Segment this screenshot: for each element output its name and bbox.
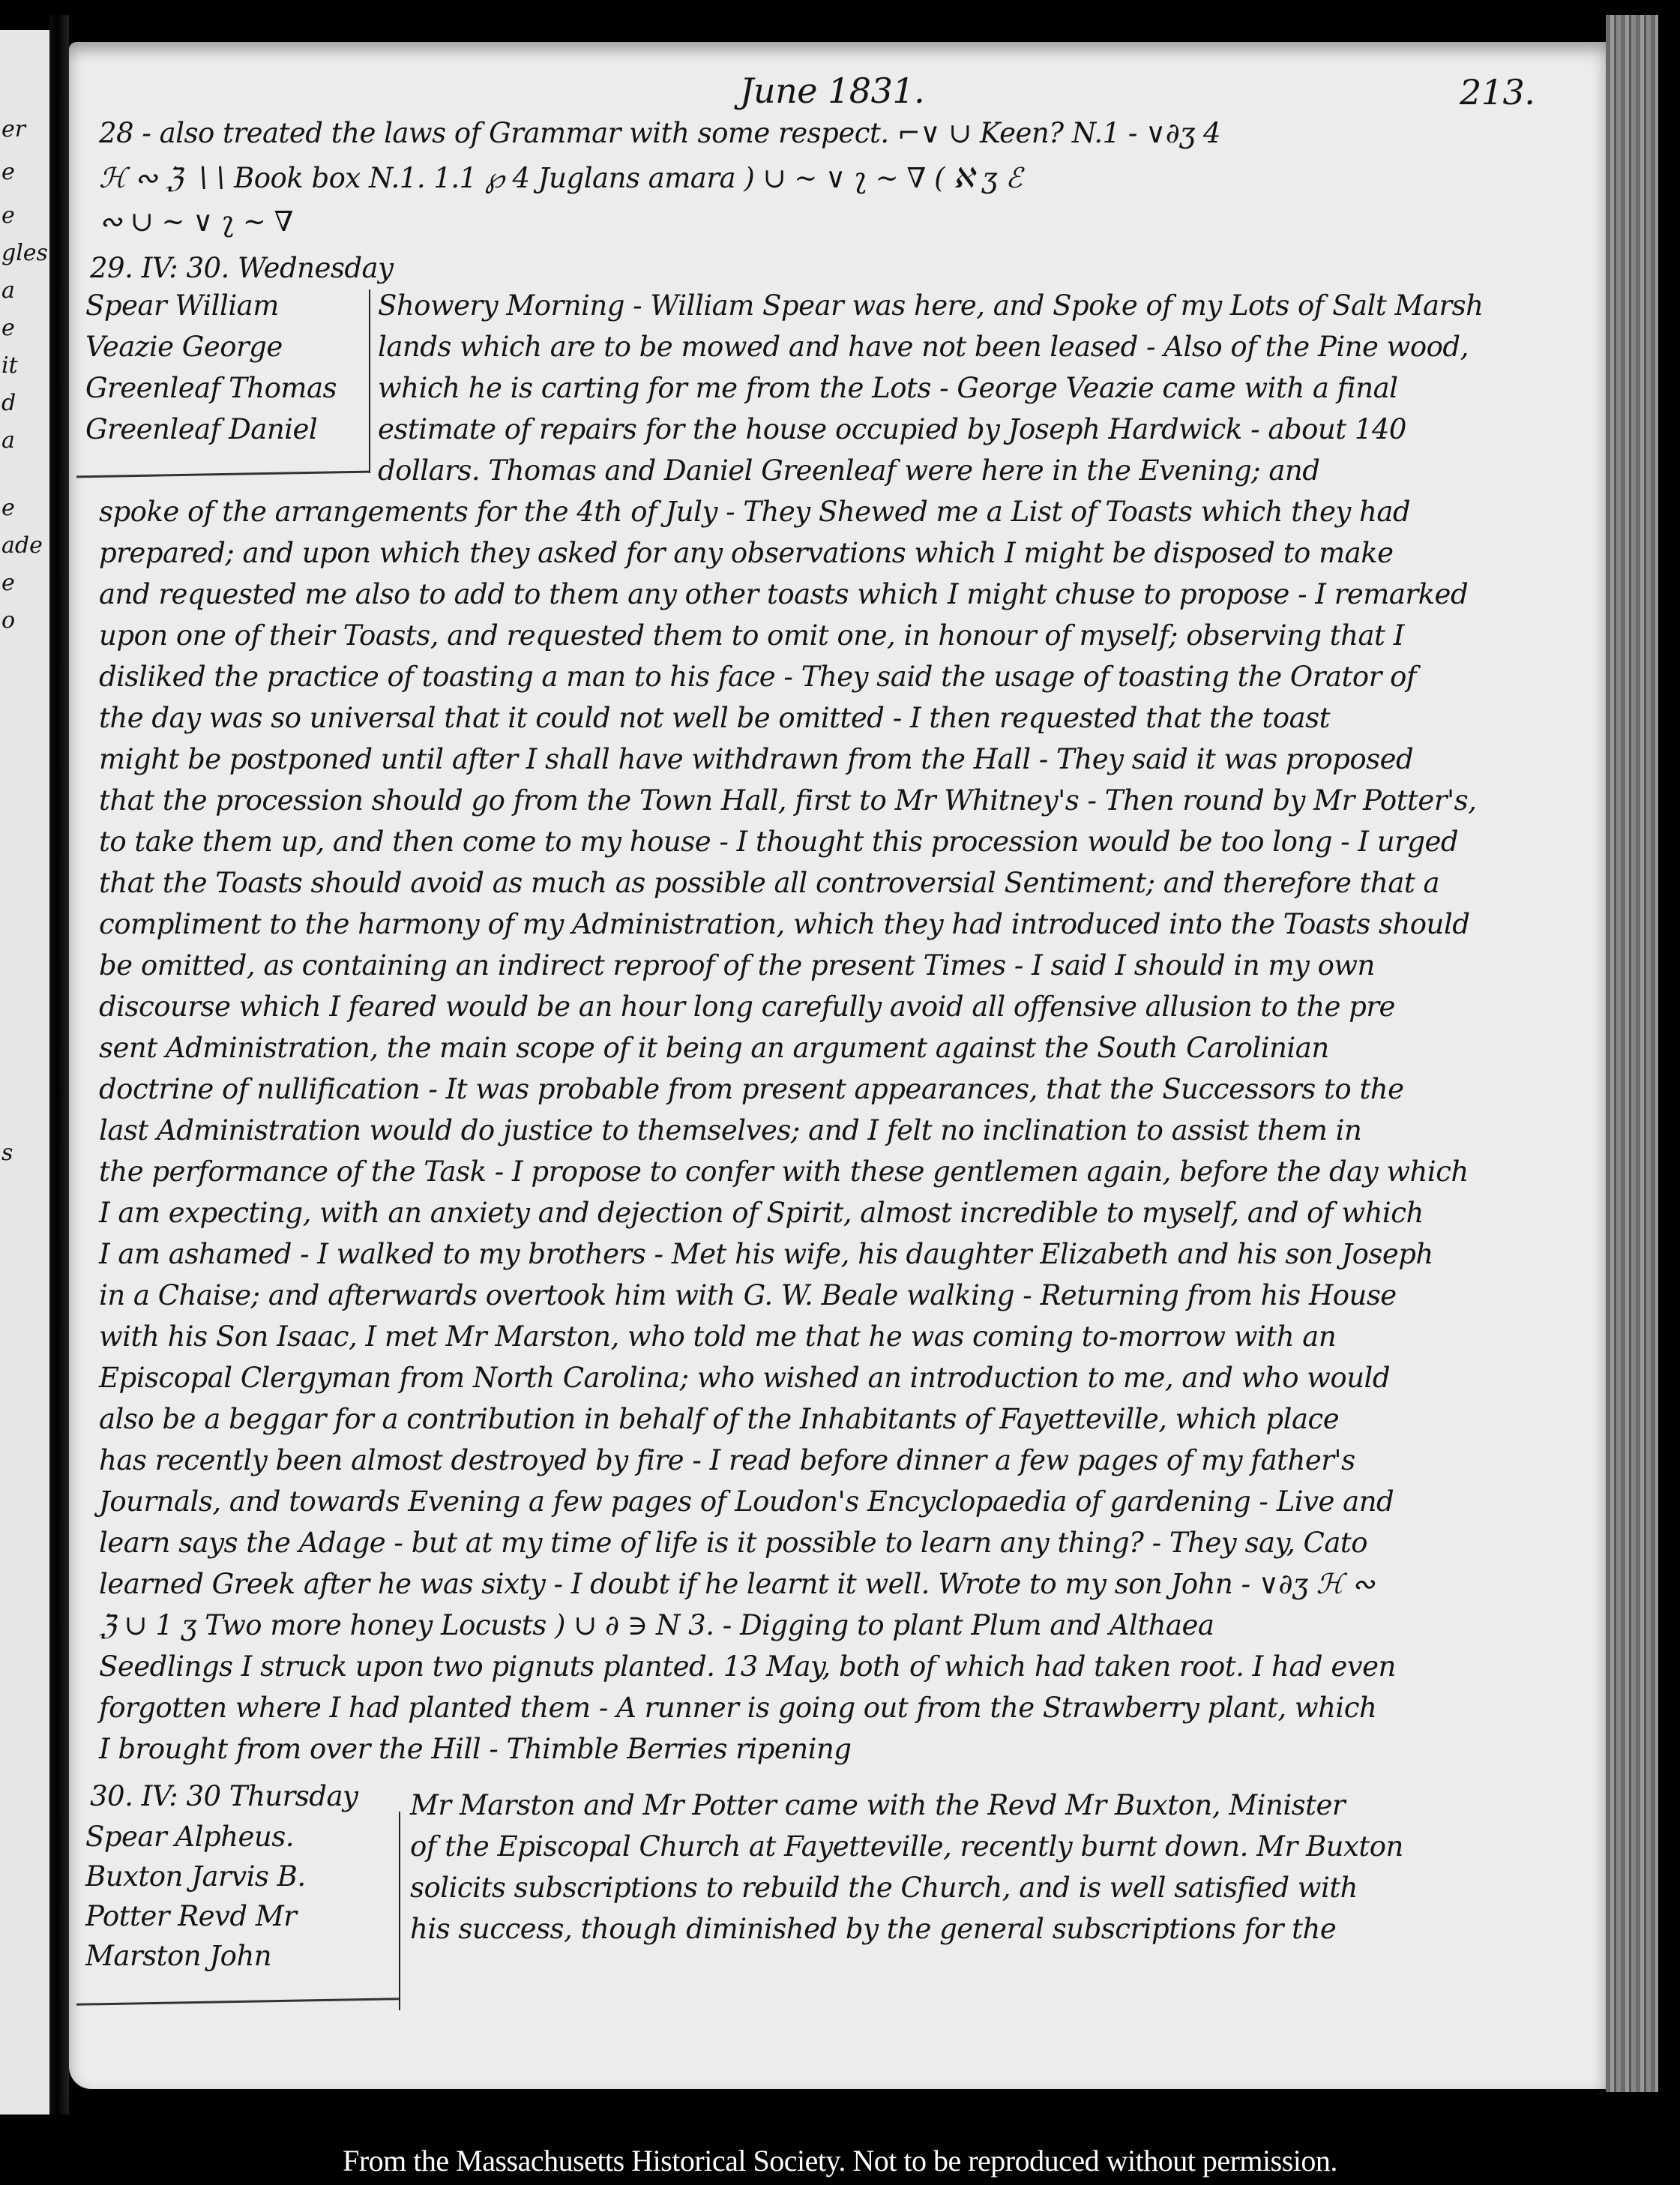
entry-line: compliment to the harmony of my Administ…: [99, 908, 1469, 940]
prev-page-fragment: a: [1, 277, 15, 304]
entry-line: has recently been almost destroyed by fi…: [99, 1444, 1355, 1476]
margin-name: Spear William: [85, 289, 279, 322]
entry-line: last Administration would do justice to …: [99, 1114, 1361, 1146]
prev-page-fragment: e: [1, 159, 15, 185]
entry-line: I am expecting, with an anxiety and deje…: [99, 1197, 1424, 1229]
entry-line: might be postponed until after I shall h…: [99, 743, 1413, 775]
entry-date: 30. IV: 30 Thursday: [90, 1780, 358, 1812]
entry-line: to take them up, and then come to my hou…: [99, 826, 1458, 858]
entry-line: the day was so universal that it could n…: [99, 702, 1330, 734]
entry-line: discourse which I feared would be an hou…: [99, 991, 1395, 1023]
entry-line: sent Administration, the main scope of i…: [99, 1032, 1329, 1064]
entry-line: solicits subscriptions to rebuild the Ch…: [410, 1872, 1358, 1904]
entry-line: with his Son Isaac, I met Mr Marston, wh…: [99, 1320, 1336, 1353]
prev-page-fragment: it: [1, 352, 18, 379]
entry-line: estimate of repairs for the house occupi…: [378, 413, 1406, 445]
entry-line: Journals, and towards Evening a few page…: [99, 1485, 1394, 1518]
prev-page-fragment: e: [1, 202, 15, 229]
entry-line: ∾ ∪ ~ ∨ ʅ ~ ∇: [99, 205, 293, 238]
previous-page-edge: er e e gles a e it d a e ade e o s: [0, 30, 54, 2115]
margin-name: Marston John: [85, 1940, 271, 1972]
book-gutter: [49, 15, 69, 2115]
prev-page-fragment: ade: [1, 532, 43, 559]
entry-line: spoke of the arrangements for the 4th of…: [99, 496, 1410, 528]
prev-page-fragment: s: [1, 1140, 13, 1166]
entry-line: ℋ ∾ ℨ ∖∖ Book box N.1. 1.1 ℘ 4 Juglans a…: [99, 162, 1022, 194]
prev-page-fragment: e: [1, 315, 15, 341]
page-heading: June 1831.: [740, 70, 924, 111]
manuscript-page: June 1831. 213. 28 - also treated the la…: [69, 42, 1606, 2089]
margin-name: Buxton Jarvis B.: [85, 1860, 306, 1893]
entry-line: learn says the Adage - but at my time of…: [99, 1527, 1367, 1559]
entry-line: the performance of the Task - I propose …: [99, 1155, 1469, 1188]
entry-line: prepared; and upon which they asked for …: [99, 537, 1394, 569]
copyright-notice: From the Massachusetts Historical Societ…: [0, 2143, 1680, 2178]
page-edges: [1606, 15, 1658, 2092]
prev-page-fragment: er: [1, 116, 25, 142]
entry-date: 29. IV: 30. Wednesday: [90, 252, 394, 284]
entry-line: and requested me also to add to them any…: [99, 578, 1468, 610]
entry-line: Showery Morning - William Spear was here…: [378, 289, 1484, 322]
entry-line: dollars. Thomas and Daniel Greenleaf wer…: [378, 454, 1319, 487]
entry-line: Mr Marston and Mr Potter came with the R…: [410, 1789, 1345, 1821]
entry-line: be omitted, as containing an indirect re…: [99, 949, 1375, 982]
entry-line: I brought from over the Hill - Thimble B…: [99, 1733, 852, 1765]
margin-name: Spear Alpheus.: [85, 1821, 294, 1853]
margin-name: Potter Revd Mr: [85, 1900, 296, 1932]
entry-line: also be a beggar for a contribution in b…: [99, 1403, 1339, 1435]
prev-page-fragment: a: [1, 427, 15, 454]
margin-name: Veazie George: [85, 331, 283, 363]
entry-line: of the Episcopal Church at Fayetteville,…: [410, 1830, 1403, 1863]
margin-underline: [76, 1998, 399, 2006]
entry-line: Seedlings I struck upon two pignuts plan…: [99, 1650, 1396, 1683]
prev-page-fragment: o: [1, 607, 15, 634]
prev-page-fragment: e: [1, 495, 15, 521]
margin-name: Greenleaf Thomas: [85, 372, 337, 404]
entry-line: which he is carting for me from the Lots…: [378, 372, 1398, 404]
entry-line: his success, though diminished by the ge…: [410, 1913, 1336, 1945]
entry-line: that the Toasts should avoid as much as …: [99, 867, 1439, 899]
entry-line: lands which are to be mowed and have not…: [378, 331, 1469, 363]
margin-underline: [76, 471, 369, 478]
entry-line: I am ashamed - I walked to my brothers -…: [99, 1238, 1433, 1270]
margin-rule: [399, 1812, 400, 2010]
prev-page-fragment: gles: [1, 240, 48, 266]
page-number: 213.: [1460, 72, 1535, 112]
margin-rule: [369, 289, 370, 473]
entry-line: disliked the practice of toasting a man …: [99, 661, 1416, 693]
entry-line: in a Chaise; and afterwards overtook him…: [99, 1279, 1397, 1311]
entry-line: ℨ ∪ 1 ʒ Two more honey Locusts ) ∪ ∂ ∋ N…: [99, 1609, 1214, 1641]
prev-page-fragment: e: [1, 570, 15, 596]
entry-line: Episcopal Clergyman from North Carolina;…: [99, 1362, 1390, 1394]
entry-line: 28 - also treated the laws of Grammar wi…: [99, 117, 1220, 149]
margin-name: Greenleaf Daniel: [85, 413, 317, 445]
entry-line: doctrine of nullification - It was proba…: [99, 1073, 1404, 1105]
entry-line: upon one of their Toasts, and requested …: [99, 619, 1404, 652]
entry-line: forgotten where I had planted them - A r…: [99, 1692, 1376, 1724]
entry-line: that the procession should go from the T…: [99, 784, 1476, 817]
entry-line: learned Greek after he was sixty - I dou…: [99, 1568, 1375, 1600]
prev-page-fragment: d: [1, 390, 16, 416]
